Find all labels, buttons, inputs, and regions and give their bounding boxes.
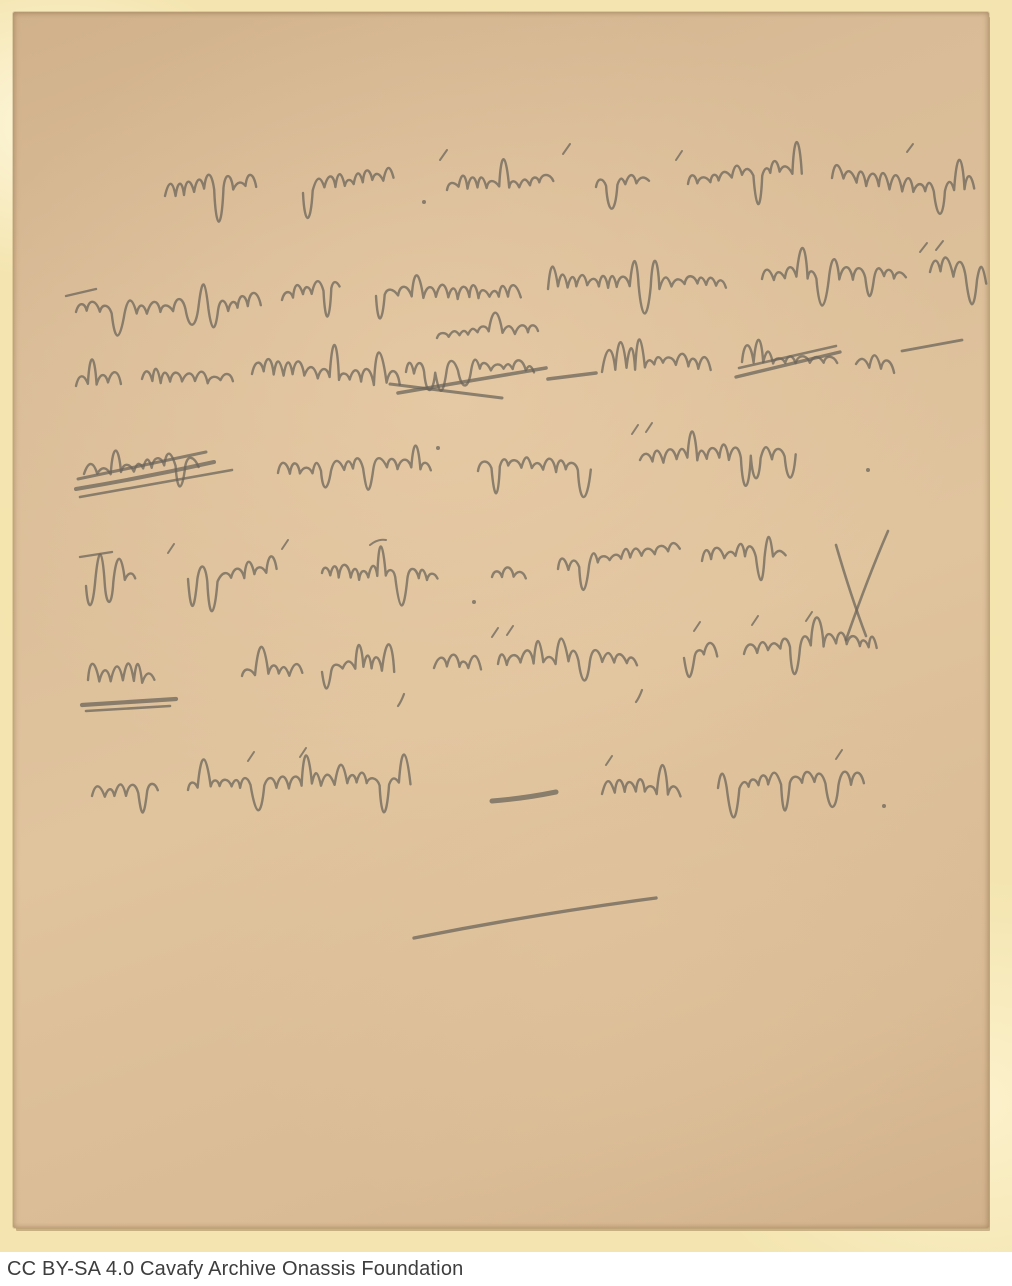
handwriting-word	[702, 537, 786, 580]
pencil-dot	[422, 200, 426, 204]
handwriting-word	[282, 281, 340, 316]
pencil-stroke	[80, 552, 112, 557]
handwriting-word	[76, 284, 261, 335]
handwriting-word	[596, 175, 649, 209]
pencil-stroke	[563, 144, 570, 154]
scan-backdrop	[0, 0, 1012, 1252]
handwriting-word	[447, 159, 553, 190]
pencil-stroke	[632, 425, 638, 434]
pencil-stroke	[676, 151, 682, 160]
pencil-stroke	[694, 622, 700, 631]
pencil-stroke	[548, 373, 596, 379]
handwriting-word	[744, 618, 877, 675]
handwriting-word	[142, 369, 233, 384]
pencil-stroke	[168, 544, 174, 553]
pencil-stroke	[507, 626, 513, 635]
handwriting-word	[688, 142, 802, 204]
handwriting-word	[684, 643, 717, 677]
pencil-stroke	[920, 243, 927, 252]
handwriting-word	[548, 261, 726, 314]
handwriting-word	[558, 543, 680, 590]
pencil-stroke	[646, 423, 652, 432]
handwriting-word	[188, 755, 411, 813]
pencil-stroke	[248, 752, 254, 761]
pencil-stroke	[606, 756, 612, 765]
handwriting-word	[406, 360, 534, 391]
handwriting-word	[437, 313, 538, 338]
pencil-stroke	[282, 540, 288, 549]
handwriting-word	[242, 647, 302, 676]
pencil-stroke	[846, 531, 888, 640]
handwriting-word	[376, 275, 521, 318]
pencil-stroke	[902, 340, 962, 351]
pencil-stroke	[806, 612, 812, 621]
pencil-dot	[436, 446, 440, 450]
handwriting-word	[930, 258, 986, 305]
handwriting-word	[322, 644, 394, 688]
handwriting-word	[762, 248, 906, 306]
handwriting-word	[165, 175, 256, 222]
handwriting-word	[76, 359, 121, 386]
handwriting-word	[832, 160, 974, 214]
pencil-stroke	[78, 452, 206, 479]
caption-text: CC BY-SA 4.0 Cavafy Archive Onassis Foun…	[7, 1258, 463, 1281]
pencil-stroke	[82, 699, 176, 705]
handwriting-word	[188, 556, 277, 611]
pencil-stroke	[752, 616, 758, 625]
handwriting-word	[303, 168, 394, 218]
pencil-stroke	[492, 628, 498, 637]
pencil-dot	[472, 600, 476, 604]
handwriting-word	[640, 431, 796, 485]
handwriting-word	[278, 446, 431, 490]
pencil-stroke	[398, 694, 404, 706]
handwriting-word	[478, 457, 591, 497]
handwriting-word	[498, 639, 637, 681]
pencil-stroke	[86, 706, 170, 711]
handwriting-word	[718, 772, 864, 818]
pencil-dot	[866, 468, 870, 472]
pencil-stroke	[440, 150, 447, 160]
caption-bar: CC BY-SA 4.0 Cavafy Archive Onassis Foun…	[0, 1252, 1012, 1286]
pencil-dot	[882, 804, 886, 808]
handwriting-word	[86, 555, 135, 606]
pencil-stroke	[936, 241, 943, 250]
pencil-stroke	[492, 792, 556, 801]
handwriting-word	[434, 655, 481, 670]
pencil-stroke	[836, 750, 842, 759]
handwriting-word	[92, 784, 158, 813]
handwriting-word	[602, 765, 681, 796]
handwriting-word	[602, 339, 711, 372]
handwriting-word	[252, 345, 400, 385]
handwriting-word	[322, 547, 438, 606]
pencil-stroke	[636, 690, 642, 702]
pencil-strokes-layer	[66, 142, 986, 938]
pencil-stroke	[370, 540, 386, 545]
handwriting-pencil-svg	[0, 0, 1012, 1252]
pencil-stroke	[414, 898, 656, 938]
handwriting-word	[88, 663, 154, 682]
pencil-stroke	[66, 289, 96, 296]
handwriting-word	[856, 355, 894, 373]
pencil-stroke	[907, 144, 913, 152]
handwriting-word	[742, 340, 837, 364]
handwriting-word	[492, 567, 526, 578]
